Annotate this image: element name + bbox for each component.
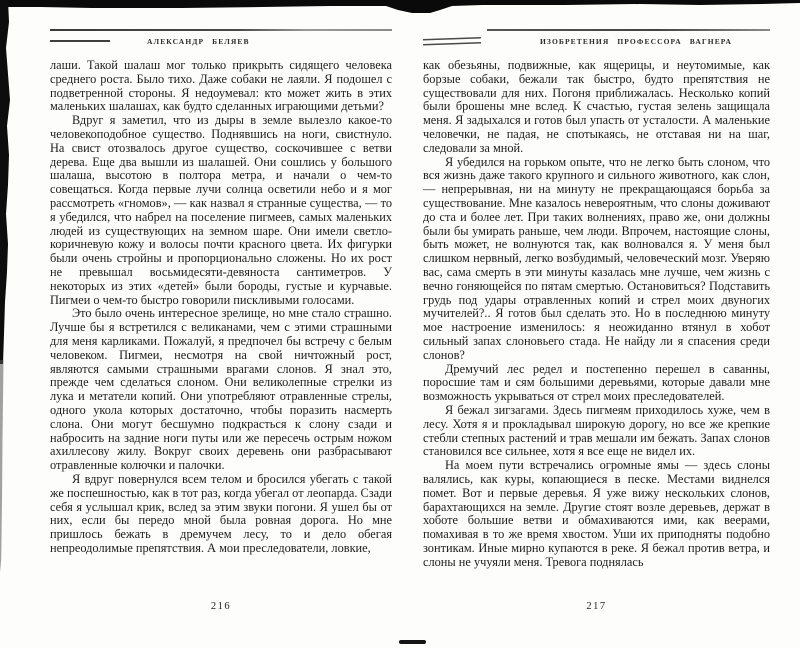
paragraph: лаши. Такой шалаш мог только прикрыть си… xyxy=(50,59,392,114)
page-right: ИЗОБРЕТЕНИЯ ПРОФЕССОРА ВАГНЕРА как обезь… xyxy=(423,0,770,648)
running-head-right: ИЗОБРЕТЕНИЯ ПРОФЕССОРА ВАГНЕРА xyxy=(423,29,770,46)
header-dash-right xyxy=(423,36,481,45)
paragraph: Я убедился на горьком опыте, что не легк… xyxy=(423,156,770,363)
header-rule-left xyxy=(50,29,392,31)
header-rule-right xyxy=(487,29,770,31)
paragraph: Вдруг я заметил, что из дыры в земле выл… xyxy=(50,114,392,307)
paragraph: Я вдруг повернулся всем телом и бросился… xyxy=(50,473,392,556)
page-number-left: 216 xyxy=(50,601,392,612)
header-row-right: ИЗОБРЕТЕНИЯ ПРОФЕССОРА ВАГНЕРА xyxy=(423,36,770,46)
page-text-left: лаши. Такой шалаш мог только прикрыть си… xyxy=(50,59,392,556)
page-number-right: 217 xyxy=(423,601,770,612)
paragraph: На моем пути встречались огромные ямы — … xyxy=(423,459,770,569)
book-spread: АЛЕКСАНДР БЕЛЯЕВ лаши. Такой шалаш мог т… xyxy=(0,0,800,648)
paragraph: Я бежал зигзагами. Здесь пигмеям приходи… xyxy=(423,404,770,459)
page-left: АЛЕКСАНДР БЕЛЯЕВ лаши. Такой шалаш мог т… xyxy=(50,0,392,648)
header-dash-left xyxy=(50,40,110,42)
paragraph: Это было очень интересное зрелище, но мн… xyxy=(50,307,392,473)
left-edge-shadow-lower xyxy=(0,360,4,572)
bottom-gutter-mark xyxy=(399,640,426,644)
running-head-left: АЛЕКСАНДР БЕЛЯЕВ xyxy=(50,29,392,46)
left-edge-shadow xyxy=(0,0,10,364)
header-row-left: АЛЕКСАНДР БЕЛЯЕВ xyxy=(50,36,392,46)
running-head-title-left: АЛЕКСАНДР БЕЛЯЕВ xyxy=(147,37,250,46)
paragraph: как обезьяны, подвижные, как ящерицы, и … xyxy=(423,59,770,156)
running-head-title-right: ИЗОБРЕТЕНИЯ ПРОФЕССОРА ВАГНЕРА xyxy=(540,37,732,46)
page-text-right: как обезьяны, подвижные, как ящерицы, и … xyxy=(423,59,770,569)
paragraph: Дремучий лес редел и постепенно перешел … xyxy=(423,363,770,404)
